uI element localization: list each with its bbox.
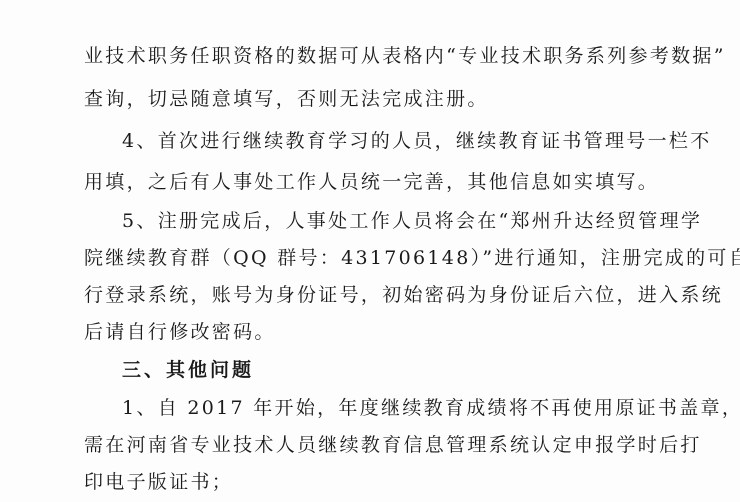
list-item-4-line: 4、首次进行继续教育学习的人员，继续教育证书管理号一栏不 — [122, 129, 712, 153]
list-item-1-line: 1、自 2017 年开始，年度继续教育成绩将不再使用原证书盖章， — [122, 396, 740, 420]
paragraph-line: 需在河南省专业技术人员继续教育信息管理系统认定申报学时后打 — [84, 433, 702, 457]
paragraph-line: 印电子版证书； — [84, 470, 233, 494]
section-heading: 三、其他问题 — [122, 358, 254, 382]
paragraph-line: 院继续教育群（QQ 群号：431706148）”进行通知，注册完成的可自 — [84, 246, 740, 270]
paragraph-line: 用填，之后有人事处工作人员统一完善，其他信息如实填写。 — [84, 170, 659, 194]
paragraph-line: 行登录系统，账号为身份证号，初始密码为身份证后六位，进入系统 — [84, 283, 723, 307]
paragraph-line: 业技术职务任职资格的数据可从表格内“专业技术职务系列参考数据” — [84, 44, 726, 68]
paragraph-line: 后请自行修改密码。 — [84, 320, 276, 344]
paragraph-line: 查询，切忌随意填写，否则无法完成注册。 — [84, 87, 489, 111]
list-item-5-line: 5、注册完成后，人事处工作人员将会在“郑州升达经贸管理学 — [122, 209, 702, 233]
document-page: 业技术职务任职资格的数据可从表格内“专业技术职务系列参考数据” 查询，切忌随意填… — [0, 0, 740, 502]
